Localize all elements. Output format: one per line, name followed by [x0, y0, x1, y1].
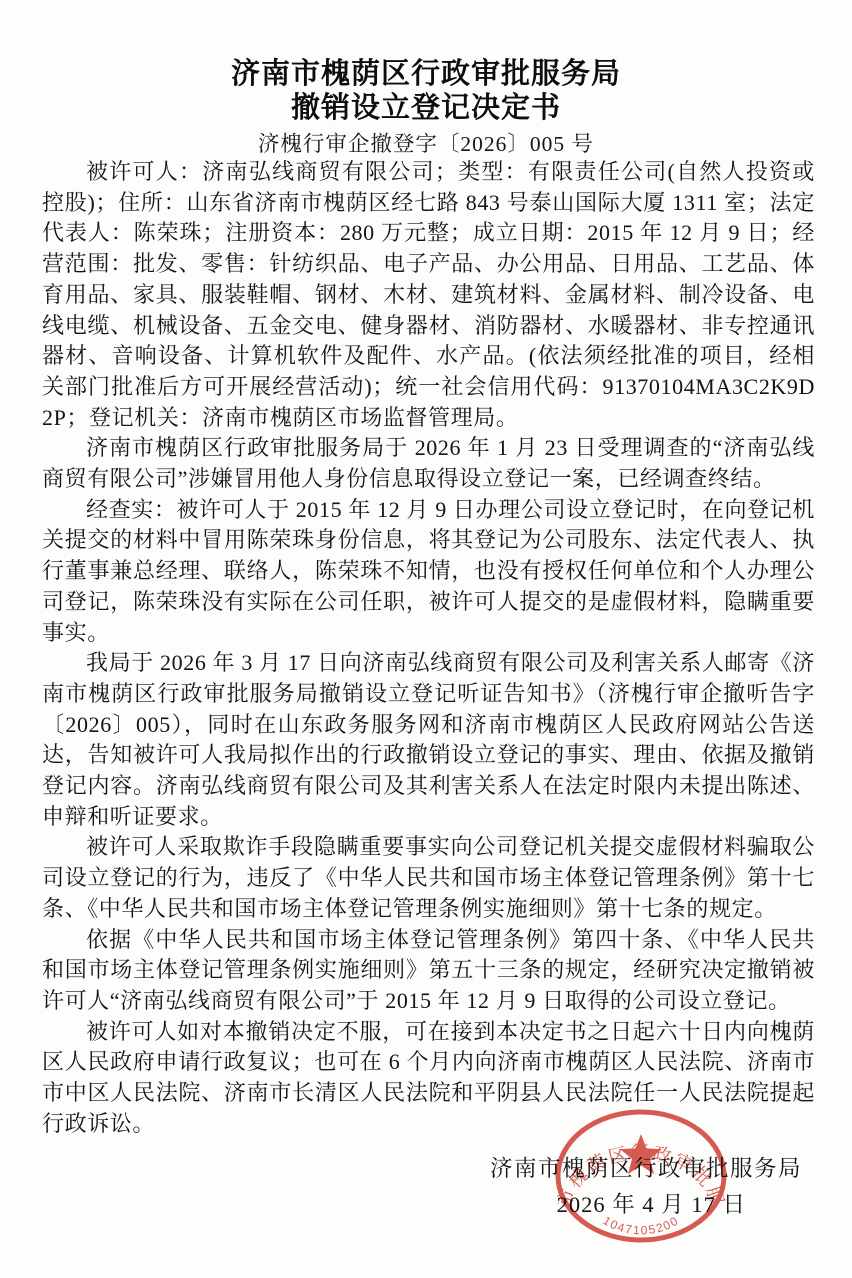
document-title-line2: 撤销设立登记决定书 — [0, 91, 852, 125]
document-title: 济南市槐荫区行政审批服务局 撤销设立登记决定书 — [0, 57, 852, 125]
paragraph-case-acceptance: 济南市槐荫区行政审批服务局于 2026 年 1 月 23 日受理调查的“济南弘线… — [42, 433, 815, 494]
paragraph-licensee-info: 被许可人：济南弘线商贸有限公司；类型：有限责任公司(自然人投资或控股)；住所：山… — [42, 157, 815, 433]
paragraph-decision: 依据《中华人民共和国市场主体登记管理条例》第四十条、《中华人民共和国市场主体登记… — [42, 925, 815, 1017]
seal-ring-text-container: 济南市槐荫区行政审批服务局 — [549, 1102, 728, 1211]
document-page: 济南市槐荫区行政审批服务局 撤销设立登记决定书 济槐行审企撤登字〔2026〕00… — [0, 0, 852, 1278]
paragraph-violation: 被许可人采取欺诈手段隐瞒重要事实向公司登记机关提交虚假材料骗取公司设立登记的行为… — [42, 832, 815, 924]
document-body: 被许可人：济南弘线商贸有限公司；类型：有限责任公司(自然人投资或控股)；住所：山… — [42, 157, 815, 1140]
document-number: 济槐行审企撤登字〔2026〕005 号 — [0, 127, 852, 158]
official-seal: 济南市槐荫区行政审批服务局 1047105200 — [549, 1102, 733, 1258]
document-title-line1: 济南市槐荫区行政审批服务局 — [0, 57, 852, 91]
seal-ring-text: 济南市槐荫区行政审批服务局 — [549, 1102, 728, 1211]
paragraph-investigation-findings: 经查实：被许可人于 2015 年 12 月 9 日办理公司设立登记时，在向登记机… — [42, 495, 815, 649]
paragraph-hearing-notice: 我局于 2026 年 3 月 17 日向济南弘线商贸有限公司及利害关系人邮寄《济… — [42, 648, 815, 832]
